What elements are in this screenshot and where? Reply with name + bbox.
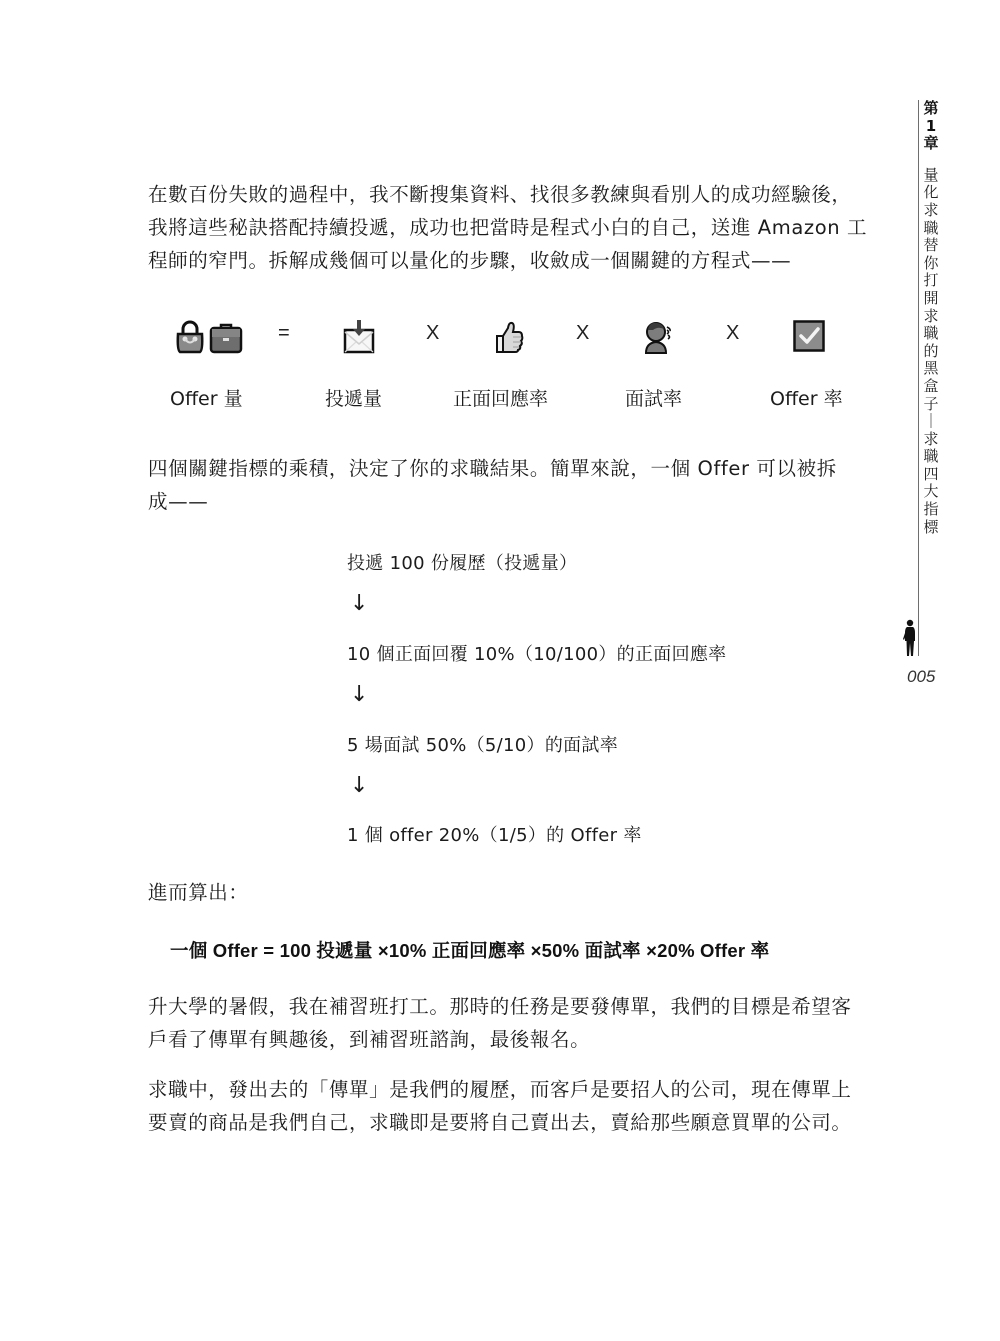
briefcase-icon <box>209 320 243 354</box>
chapter-label: 第 1 章 <box>922 100 940 153</box>
paragraph-line: 在數百份失敗的過程中，我不斷搜集資料、找很多教練與看別人的成功經驗後， <box>148 178 872 211</box>
label-offer-count: Offer 量 <box>170 384 243 411</box>
resume-analogy-paragraph: 求職中，發出去的「傳單」是我們的履歷，而客戶是要招人的公司，現在傳單上 要賣的商… <box>148 1073 872 1139</box>
label-offer-rate: Offer 率 <box>770 384 843 411</box>
paragraph-line: 成—— <box>148 485 872 518</box>
paragraph-line: 戶看了傳單有興趣後，到補習班諮詢，最後報名。 <box>148 1023 872 1056</box>
multiply-operator: X <box>426 322 439 345</box>
offer-formula: 一個 Offer = 100 投遞量 ×10% 正面回應率 ×50% 面試率 ×… <box>170 937 769 963</box>
label-submissions: 投遞量 <box>325 384 382 411</box>
multiply-operator: X <box>726 322 739 345</box>
step-positive-responses: 10 個正面回覆 10%（10/100）的正面回應率 <box>347 640 726 666</box>
label-positive-response-rate: 正面回應率 <box>453 384 548 411</box>
handbag-icon <box>174 320 206 354</box>
intro-paragraph: 在數百份失敗的過程中，我不斷搜集資料、找很多教練與看別人的成功經驗後， 我將這些… <box>148 178 872 277</box>
label-interview-rate: 面試率 <box>625 384 682 411</box>
speaking-head-icon <box>643 320 675 354</box>
paragraph-line: 四個關鍵指標的乘積，決定了你的求職結果。簡單來說，一個 Offer 可以被拆 <box>148 452 872 485</box>
breakdown-paragraph: 四個關鍵指標的乘積，決定了你的求職結果。簡單來說，一個 Offer 可以被拆 成… <box>148 452 872 518</box>
down-arrow-icon: ↓ <box>350 773 368 798</box>
paragraph-line: 升大學的暑假，我在補習班打工。那時的任務是要發傳單，我們的目標是希望客 <box>148 990 872 1023</box>
paragraph-line: 我將這些秘訣搭配持續投遞，成功也把當時是程式小白的自己，送進 Amazon 工 <box>148 211 872 244</box>
chapter-title: 量 化 求 職 替 你 打 開 求 職 的 黑 盒 子 ｜ 求 職 四 大 指 … <box>922 167 940 536</box>
paragraph-line: 要賣的商品是我們自己，求職即是要將自己賣出去，賣給那些願意買單的公司。 <box>148 1106 872 1139</box>
person-silhouette-icon <box>903 619 917 657</box>
margin-rule <box>918 100 919 656</box>
page-number: 005 <box>907 667 935 687</box>
conclusion-lead: 進而算出： <box>148 876 872 909</box>
paragraph-line: 求職中，發出去的「傳單」是我們的履歷，而客戶是要招人的公司，現在傳單上 <box>148 1073 872 1106</box>
step-submissions: 投遞 100 份履歷（投遞量） <box>347 549 577 575</box>
check-box-icon <box>793 320 825 352</box>
equation-labels: Offer 量 投遞量 正面回應率 面試率 Offer 率 <box>0 384 1000 414</box>
down-arrow-icon: ↓ <box>350 682 368 707</box>
inbox-tray-icon <box>343 320 375 354</box>
multiply-operator: X <box>576 322 589 345</box>
step-interviews: 5 場面試 50%（5/10）的面試率 <box>347 731 618 757</box>
equals-operator: = <box>278 322 290 345</box>
flyer-story-paragraph: 升大學的暑假，我在補習班打工。那時的任務是要發傳單，我們的目標是希望客 戶看了傳… <box>148 990 872 1056</box>
step-offers: 1 個 offer 20%（1/5）的 Offer 率 <box>347 821 642 847</box>
down-arrow-icon: ↓ <box>350 591 368 616</box>
thumbs-up-icon <box>494 320 524 354</box>
paragraph-line: 程師的窄門。拆解成幾個可以量化的步驟，收斂成一個關鍵的方程式—— <box>148 244 872 277</box>
running-head: 第 1 章 量 化 求 職 替 你 打 開 求 職 的 黑 盒 子 ｜ 求 職 … <box>922 100 940 536</box>
equation-icons: = X X X <box>0 320 1000 360</box>
